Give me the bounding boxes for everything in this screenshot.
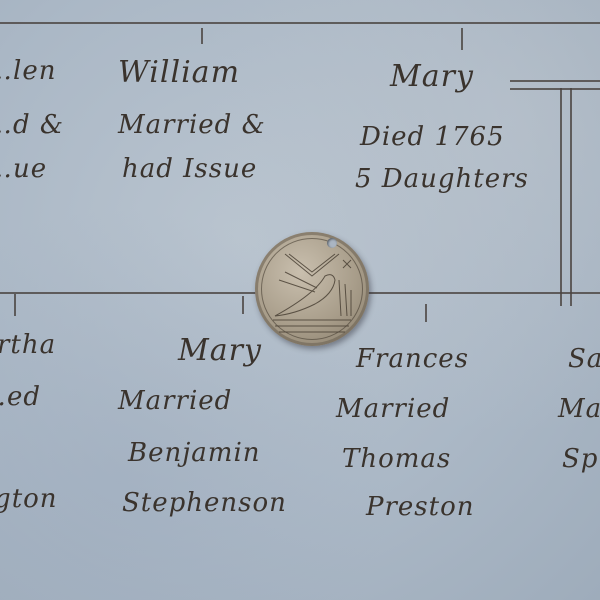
tree-tick [242, 296, 244, 314]
entry-frances-line-1: Married [336, 396, 450, 422]
entry-frances-name: Frances [356, 346, 469, 372]
coin-hole [327, 238, 337, 248]
entry-mary-bottom-line-3: Stephenson [122, 490, 287, 516]
entry-mary-top-line-1: Died 1765 [360, 124, 505, 150]
tree-tick [201, 28, 203, 44]
entry-william-line-2: had Issue [122, 156, 257, 182]
entry-mary-bottom-name: Mary [178, 336, 262, 366]
entry-mary-top-line-2: 5 Daughters [355, 166, 529, 192]
entry-top-0-line-2: …ue [0, 156, 47, 182]
entry-bottom-3-line-0: Sa… [568, 346, 600, 372]
entry-mary-bottom-line-2: Benjamin [128, 440, 261, 466]
entry-frances-line-3: Preston [366, 494, 475, 520]
entry-bottom-3-line-2: Sp… [562, 446, 600, 472]
entry-frances-line-2: Thomas [342, 446, 451, 472]
tree-tick [461, 28, 463, 50]
entry-top-0-line-0: …len [0, 58, 56, 84]
entry-mary-top-name: Mary [390, 62, 474, 92]
entry-william-name: William [118, 58, 240, 88]
entry-william-line-1: Married & [118, 112, 266, 138]
bird-engraving-icon [255, 232, 369, 346]
engraved-coin [255, 232, 369, 346]
tree-vertical-left [560, 88, 562, 306]
tree-line-right-top2 [510, 88, 600, 90]
tree-line-top [0, 22, 600, 24]
entry-bottom-0-line-2: …ington [0, 486, 58, 512]
entry-bottom-3-line-1: Ma… [558, 396, 600, 422]
entry-bottom-0-line-1: …ed [0, 384, 41, 410]
entry-mary-bottom-line-1: Married [118, 388, 232, 414]
entry-bottom-0-line-0: …rtha [0, 332, 56, 358]
tree-vertical-right [570, 88, 572, 306]
tree-tick [14, 294, 16, 316]
cross-mark-icon [343, 260, 351, 268]
tree-tick [425, 304, 427, 322]
tree-line-right-top [510, 80, 600, 82]
entry-top-0-line-1: …d & [0, 112, 64, 138]
